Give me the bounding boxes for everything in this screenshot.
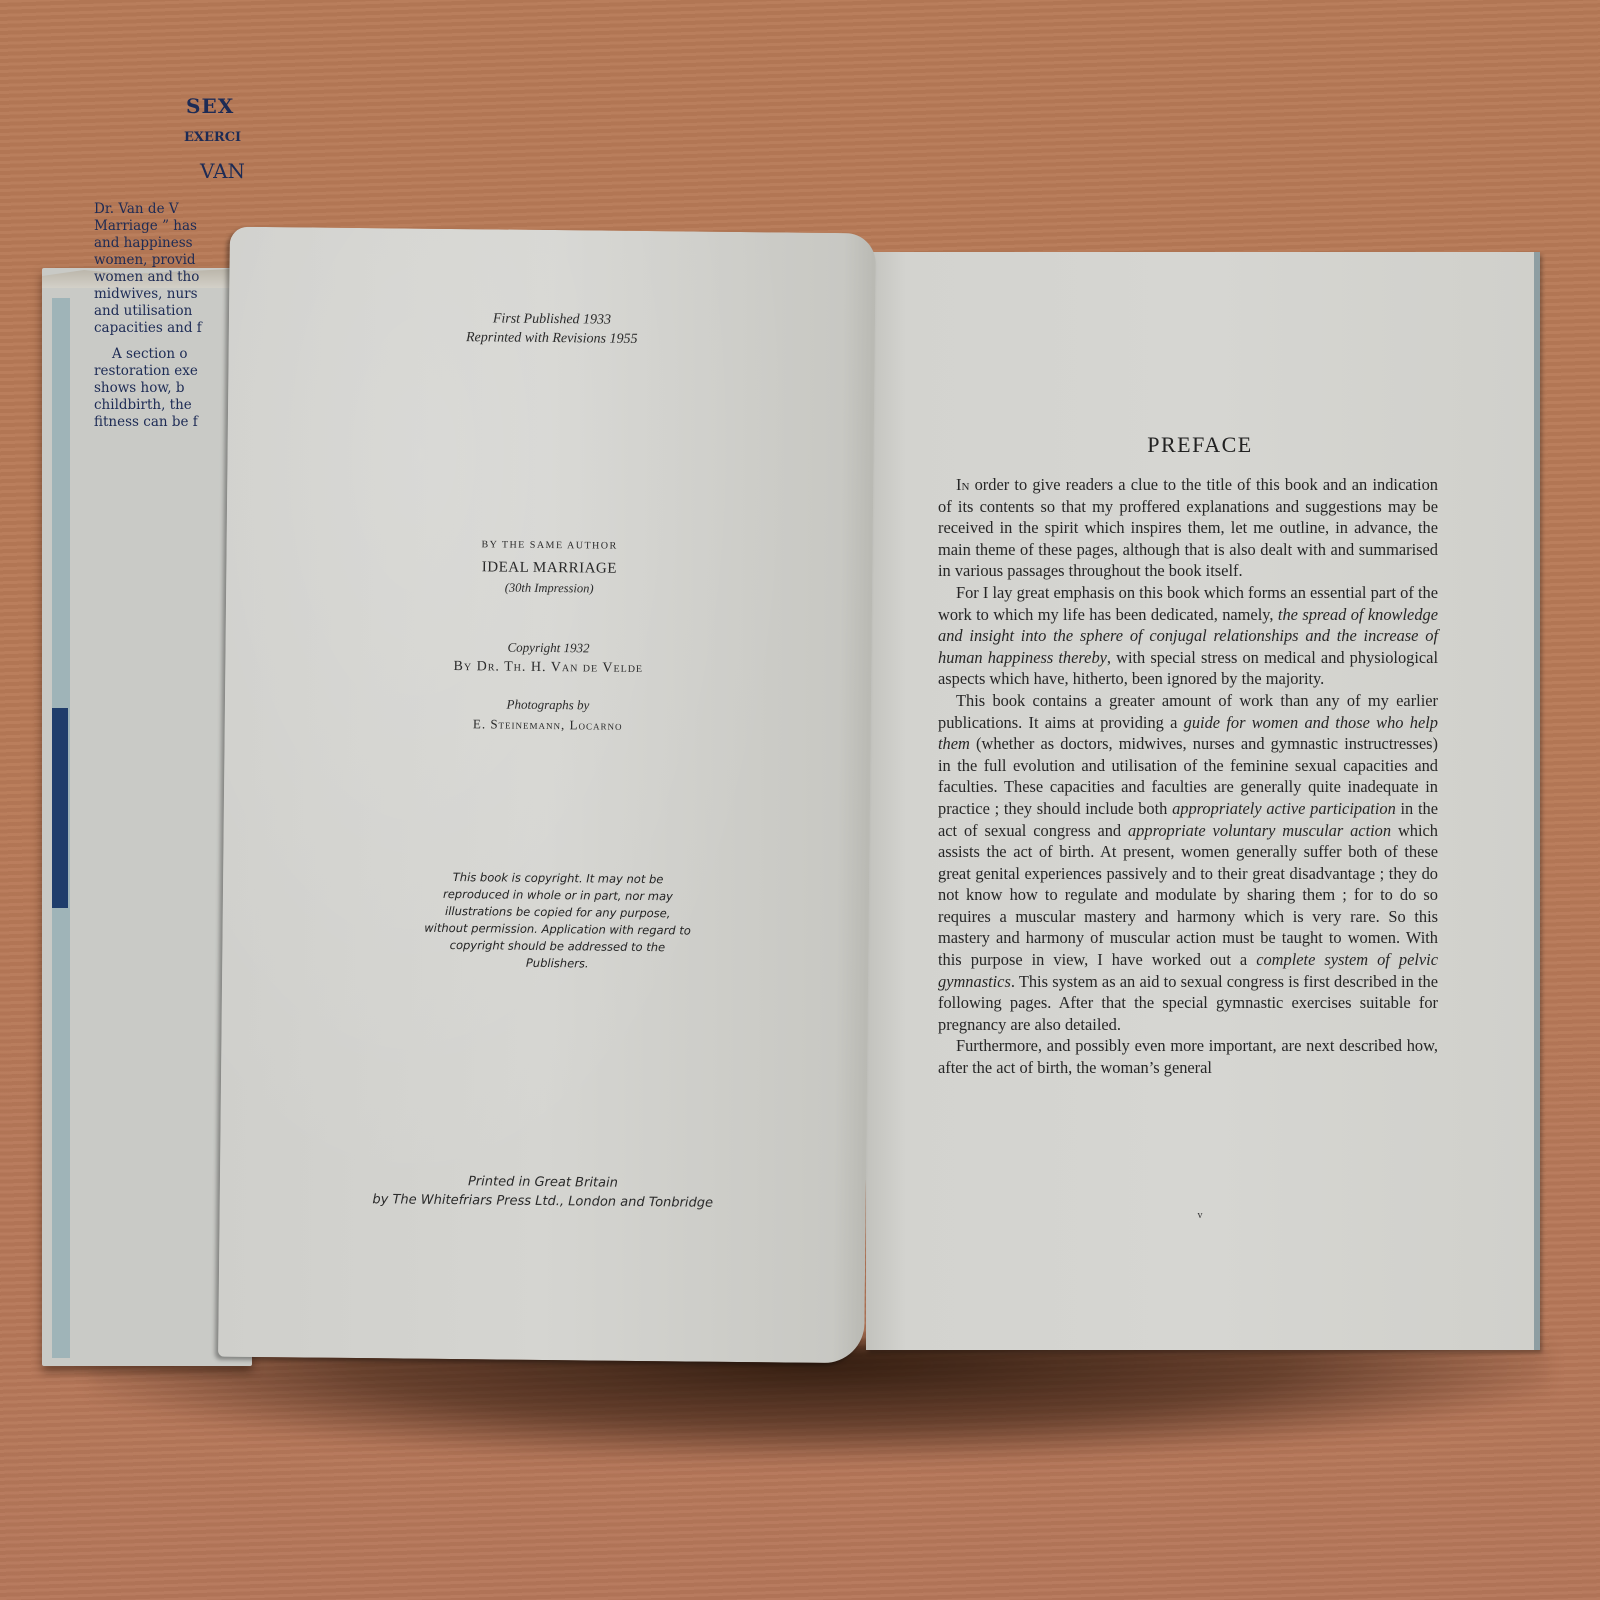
jacket-blurb-p1: Dr. Van de VMarriage ” has and happiness… <box>94 201 244 337</box>
copyright-holder: By Dr. Th. H. Van de Velde <box>225 657 871 680</box>
printer-line: by The Whitefriars Press Ltd., London an… <box>220 1191 866 1213</box>
jacket-blue-stripe <box>52 708 68 908</box>
jacket-blurb-p2: A section orestoration exe shows how, bc… <box>94 346 244 431</box>
signature-mark: v <box>866 1210 1534 1221</box>
rights-notice: This book is copyright. It may not be re… <box>422 869 693 974</box>
other-title: IDEAL MARRIAGE <box>226 557 872 581</box>
preface-body: In order to give readers a clue to the t… <box>938 474 1438 1079</box>
jacket-author: VAN <box>200 159 244 183</box>
reprinted-line: Reprinted with Revisions 1955 <box>229 328 875 351</box>
copyright-page: First Published 1933 Reprinted with Revi… <box>218 227 876 1364</box>
photographs-label: Photographs by <box>225 694 871 717</box>
jacket-subtitle: EXERCI <box>184 130 244 145</box>
jacket-title: SEX <box>186 94 244 118</box>
printed-in-line: Printed in Great Britain <box>220 1172 866 1194</box>
preface-page: PREFACE In order to give readers a clue … <box>866 252 1540 1350</box>
jacket-text: SEX EXERCI VAN Dr. Van de VMarriage ” ha… <box>94 94 244 440</box>
preface-paragraph: For I lay great emphasis on this book wh… <box>938 582 1438 690</box>
photographer: E. Steinemann, Locarno <box>225 714 871 737</box>
copyright-line: Copyright 1932 <box>225 637 871 660</box>
preface-paragraph: In order to give readers a clue to the t… <box>938 474 1438 582</box>
preface-paragraph: Furthermore, and possibly even more impo… <box>938 1035 1438 1078</box>
other-title-note: (30th Impression) <box>226 578 872 600</box>
jacket-blurb: Dr. Van de VMarriage ” has and happiness… <box>94 201 244 431</box>
preface-paragraph: This book contains a greater amount of w… <box>938 690 1438 1036</box>
preface-title: PREFACE <box>866 432 1534 458</box>
by-same-author-label: BY THE SAME AUTHOR <box>227 537 873 555</box>
